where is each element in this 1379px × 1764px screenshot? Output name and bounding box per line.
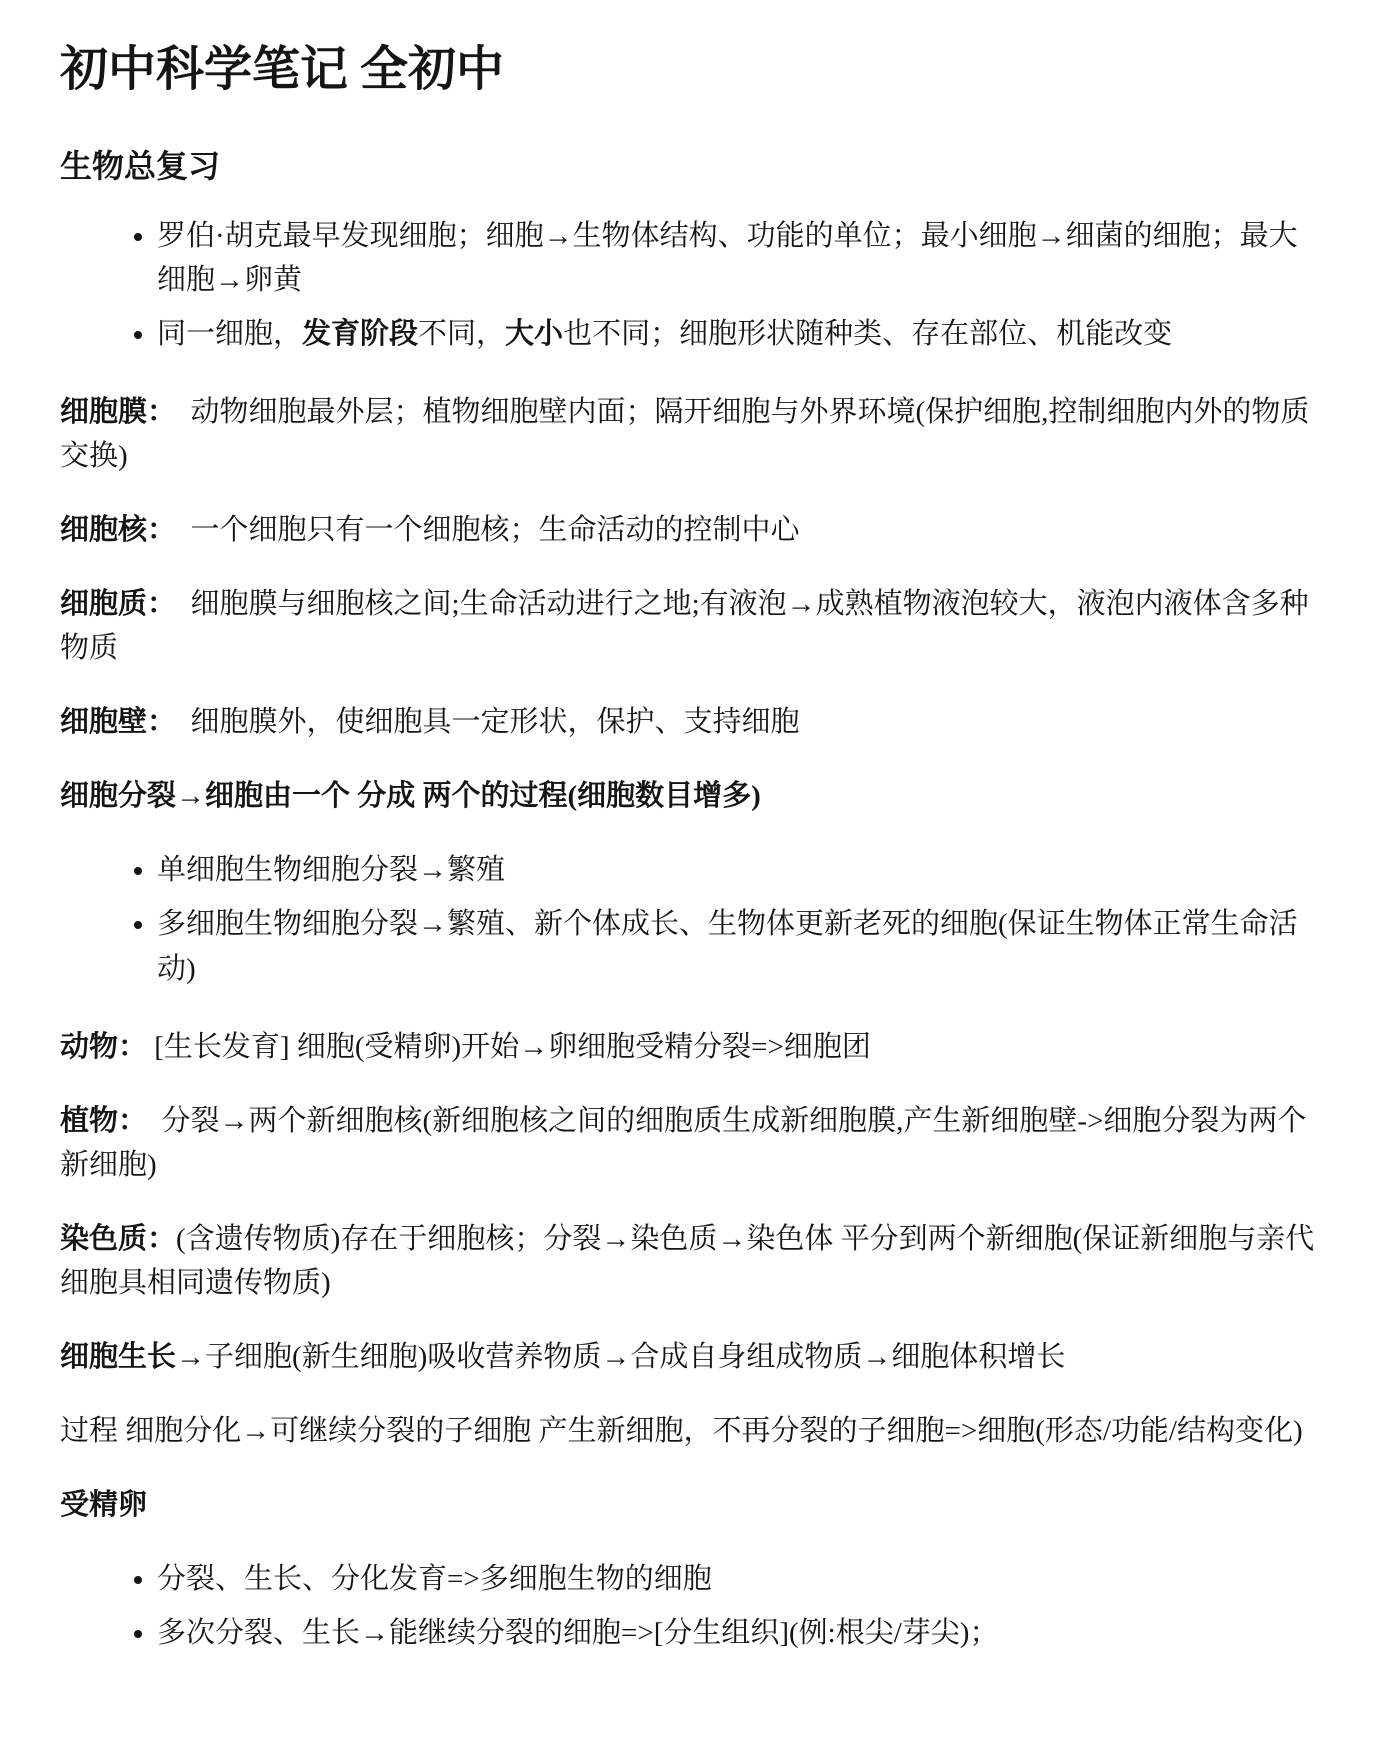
bullet-text: 分裂、生长、分化发育=>多细胞生物的细胞 <box>157 1563 712 1595</box>
bold-run: 大小 <box>505 318 563 350</box>
term-label: 细胞膜： <box>60 396 176 428</box>
list-item: 单细胞生物细胞分裂→繁殖 <box>157 848 1317 892</box>
definition-text: 分裂→两个新细胞核(新细胞核之间的细胞质生成新细胞膜,产生新细胞壁->细胞分裂为… <box>60 1105 1306 1181</box>
definition-plant: 植物： 分裂→两个新细胞核(新细胞核之间的细胞质生成新细胞膜,产生新细胞壁->细… <box>60 1099 1317 1187</box>
bold-run: 发育阶段 <box>302 318 418 350</box>
term-label: 染色质： <box>60 1223 176 1255</box>
division-bullet-list: 单细胞生物细胞分裂→繁殖 多细胞生物细胞分裂→繁殖、新个体成长、生物体更新老死的… <box>60 848 1317 990</box>
list-item: 分裂、生长、分化发育=>多细胞生物的细胞 <box>157 1557 1317 1601</box>
definition-chromatin: 染色质：(含遗传物质)存在于细胞核；分裂→染色质→染色体 平分到两个新细胞(保证… <box>60 1217 1317 1305</box>
definition-cell-nucleus: 细胞核： 一个细胞只有一个细胞核；生命活动的控制中心 <box>60 508 1317 552</box>
list-item: 多次分裂、生长→能继续分裂的细胞=>[分生组织](例:根尖/芽尖)； <box>157 1611 1317 1655</box>
definition-text: 动物细胞最外层；植物细胞壁内面；隔开细胞与外界环境(保护细胞,控制细胞内外的物质… <box>60 396 1309 472</box>
definition-text: 子细胞(新生细胞)吸收营养物质→合成自身组成物质→细胞体积增长 <box>205 1341 1065 1373</box>
zygote-bullet-list: 分裂、生长、分化发育=>多细胞生物的细胞 多次分裂、生长→能继续分裂的细胞=>[… <box>60 1557 1317 1655</box>
definition-text: (含遗传物质)存在于细胞核；分裂→染色质→染色体 平分到两个新细胞(保证新细胞与… <box>60 1223 1314 1299</box>
definition-text: 细胞膜外，使细胞具一定形状，保护、支持细胞 <box>176 706 800 738</box>
bullet-text: 单细胞生物细胞分裂→繁殖 <box>157 854 505 886</box>
list-item: 多细胞生物细胞分裂→繁殖、新个体成长、生物体更新老死的细胞(保证生物体正常生命活… <box>157 902 1317 990</box>
bullet-text: 罗伯·胡克最早发现细胞；细胞→生物体结构、功能的单位；最小细胞→细菌的细胞；最大… <box>157 220 1298 296</box>
list-item: 罗伯·胡克最早发现细胞；细胞→生物体结构、功能的单位；最小细胞→细菌的细胞；最大… <box>157 214 1317 302</box>
definition-cell-wall: 细胞壁： 细胞膜外，使细胞具一定形状，保护、支持细胞 <box>60 700 1317 744</box>
bullet-text: 也不同；细胞形状随种类、存在部位、机能改变 <box>563 318 1172 350</box>
bullet-text: 多次分裂、生长→能继续分裂的细胞=>[分生组织](例:根尖/芽尖)； <box>157 1617 998 1649</box>
definition-cytoplasm: 细胞质： 细胞膜与细胞核之间;生命活动进行之地;有液泡→成熟植物液泡较大，液泡内… <box>60 582 1317 670</box>
section-heading-biology-review: 生物总复习 <box>60 146 1317 188</box>
definition-cell-membrane: 细胞膜： 动物细胞最外层；植物细胞壁内面；隔开细胞与外界环境(保护细胞,控制细胞… <box>60 390 1317 478</box>
term-label: 细胞核： <box>60 514 176 546</box>
definition-cell-growth: 细胞生长→子细胞(新生细胞)吸收营养物质→合成自身组成物质→细胞体积增长 <box>60 1335 1317 1379</box>
definition-text: [生长发育] 细胞(受精卵)开始→卵细胞受精分裂=>细胞团 <box>147 1031 871 1063</box>
term-label: 细胞生长→ <box>60 1341 205 1373</box>
definition-text: 一个细胞只有一个细胞核；生命活动的控制中心 <box>176 514 800 546</box>
term-label: 细胞壁： <box>60 706 176 738</box>
term-label: 细胞质： <box>60 588 176 620</box>
paragraph-differentiation-process: 过程 细胞分化→可继续分裂的子细胞 产生新细胞，不再分裂的子细胞=>细胞(形态/… <box>60 1409 1317 1453</box>
list-item: 同一细胞，发育阶段不同，大小也不同；细胞形状随种类、存在部位、机能改变 <box>157 312 1317 356</box>
bullet-text: 不同， <box>418 318 505 350</box>
heading-cell-division: 细胞分裂→细胞由一个 分成 两个的过程(细胞数目增多) <box>60 774 1317 818</box>
heading-zygote: 受精卵 <box>60 1483 1317 1527</box>
definition-text: 细胞膜与细胞核之间;生命活动进行之地;有液泡→成熟植物液泡较大，液泡内液体含多种… <box>60 588 1309 664</box>
bullet-text: 同一细胞， <box>157 318 302 350</box>
term-label: 植物： <box>60 1105 147 1137</box>
bullet-text: 多细胞生物细胞分裂→繁殖、新个体成长、生物体更新老死的细胞(保证生物体正常生命活… <box>157 908 1298 984</box>
page-title: 初中科学笔记 全初中 <box>60 40 1317 100</box>
term-label: 动物： <box>60 1031 147 1063</box>
intro-bullet-list: 罗伯·胡克最早发现细胞；细胞→生物体结构、功能的单位；最小细胞→细菌的细胞；最大… <box>60 214 1317 356</box>
definition-animal: 动物： [生长发育] 细胞(受精卵)开始→卵细胞受精分裂=>细胞团 <box>60 1025 1317 1069</box>
